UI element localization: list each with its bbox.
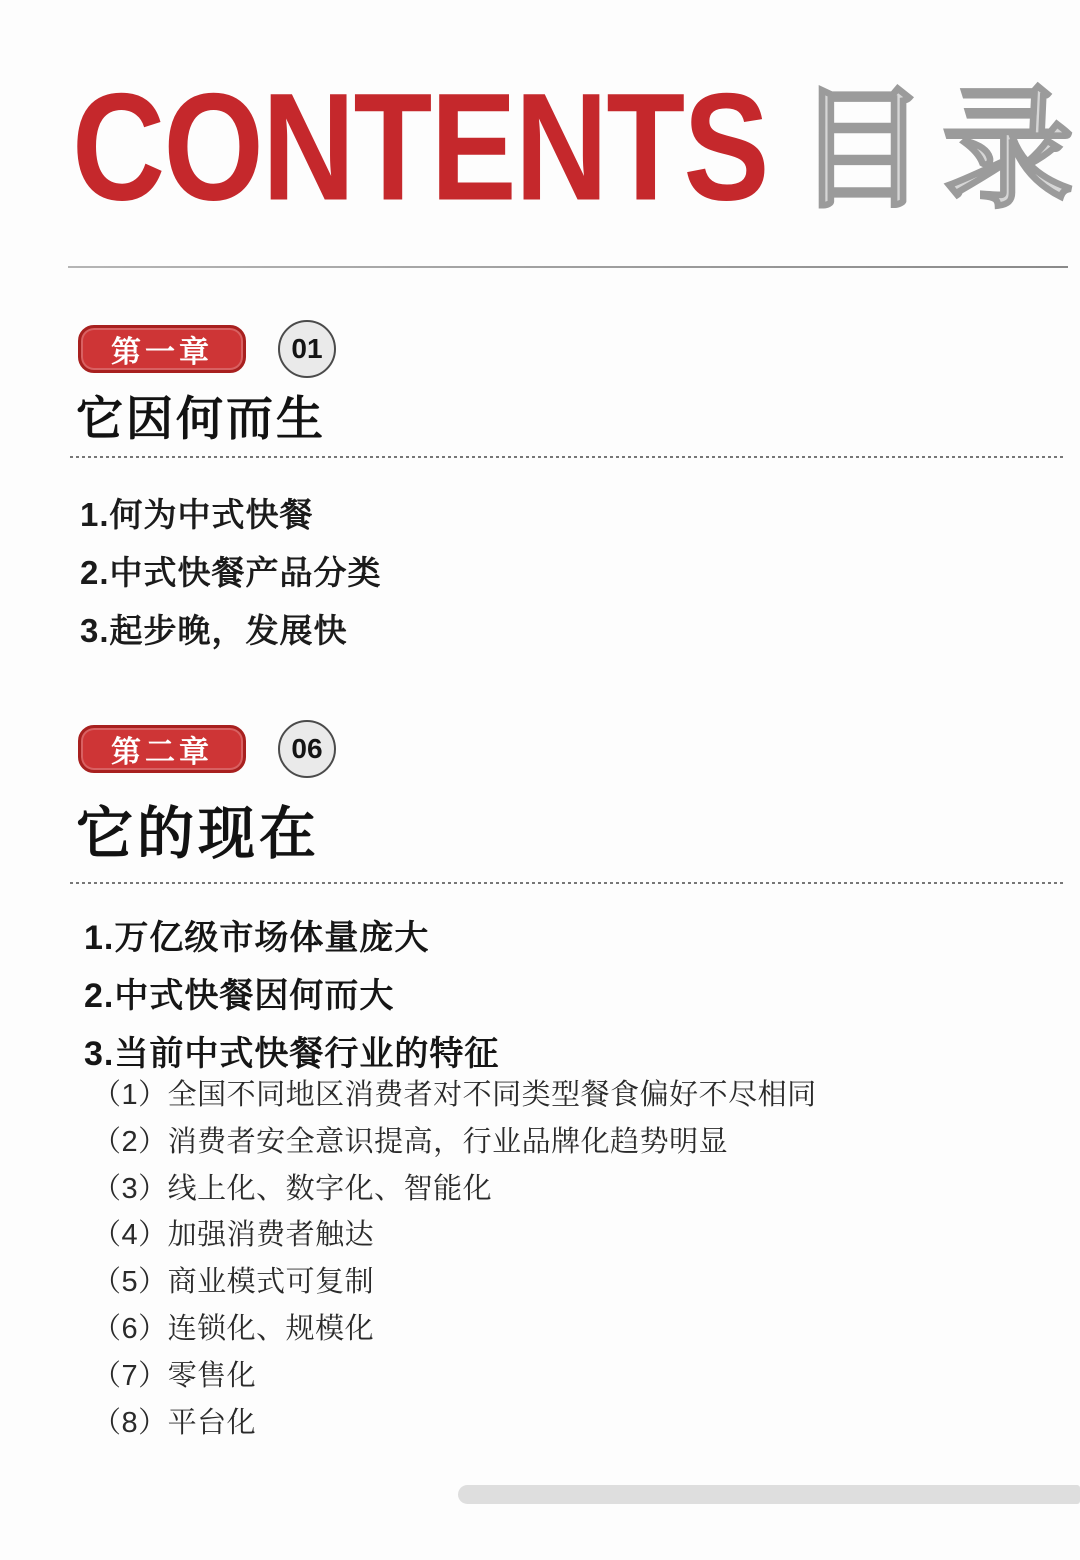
footer-bar — [458, 1485, 1080, 1504]
toc-sub-entry: （6）连锁化、规模化 — [92, 1312, 817, 1347]
chapter-1-title: 它因何而生 — [76, 382, 326, 449]
toc-entry: 3.起步晚，发展快 — [80, 612, 382, 651]
chapter-2-item-list: 1.万亿级市场体量庞大 2.中式快餐因何而大 3.当前中式快餐行业的特征 — [84, 918, 499, 1092]
chapter-2-divider — [70, 882, 1066, 884]
toc-entry: 2.中式快餐因何而大 — [84, 976, 499, 1016]
toc-sub-entry: （7）零售化 — [92, 1359, 817, 1394]
chapter-1-badge-row: 第一章 01 — [78, 320, 336, 378]
chapter-1-divider — [70, 456, 1066, 458]
chapter-2-badge: 第二章 — [78, 725, 246, 773]
chapter-1-page-number: 01 — [278, 320, 336, 378]
chapter-1-item-list: 1.何为中式快餐 2.中式快餐产品分类 3.起步晚，发展快 — [80, 496, 382, 670]
chapter-1-badge: 第一章 — [78, 325, 246, 373]
page-title-english: CONTENTS — [72, 70, 768, 223]
toc-sub-entry: （3）线上化、数字化、智能化 — [92, 1172, 817, 1207]
toc-sub-entry: （4）加强消费者触达 — [92, 1218, 817, 1253]
toc-sub-entry: （8）平台化 — [92, 1406, 817, 1441]
toc-sub-entry: （5）商业模式可复制 — [92, 1265, 817, 1300]
chapter-2-page-number: 06 — [278, 720, 336, 778]
toc-entry: 3.当前中式快餐行业的特征 — [84, 1034, 499, 1074]
page-title-chinese: 目录 — [796, 84, 1080, 216]
toc-entry: 2.中式快餐产品分类 — [80, 554, 382, 593]
toc-page: CONTENTS 目录 第一章 01 它因何而生 1.何为中式快餐 2.中式快餐… — [0, 0, 1080, 1560]
chapter-2-badge-row: 第二章 06 — [78, 720, 336, 778]
chapter-2-sub-item-list: （1）全国不同地区消费者对不同类型餐食偏好不尽相同 （2）消费者安全意识提高，行… — [92, 1078, 817, 1452]
toc-entry: 1.万亿级市场体量庞大 — [84, 918, 499, 958]
chapter-2-title: 它的现在 — [76, 788, 320, 870]
toc-sub-entry: （1）全国不同地区消费者对不同类型餐食偏好不尽相同 — [92, 1078, 817, 1113]
header-divider — [68, 266, 1068, 268]
toc-sub-entry: （2）消费者安全意识提高，行业品牌化趋势明显 — [92, 1125, 817, 1160]
toc-entry: 1.何为中式快餐 — [80, 496, 382, 535]
